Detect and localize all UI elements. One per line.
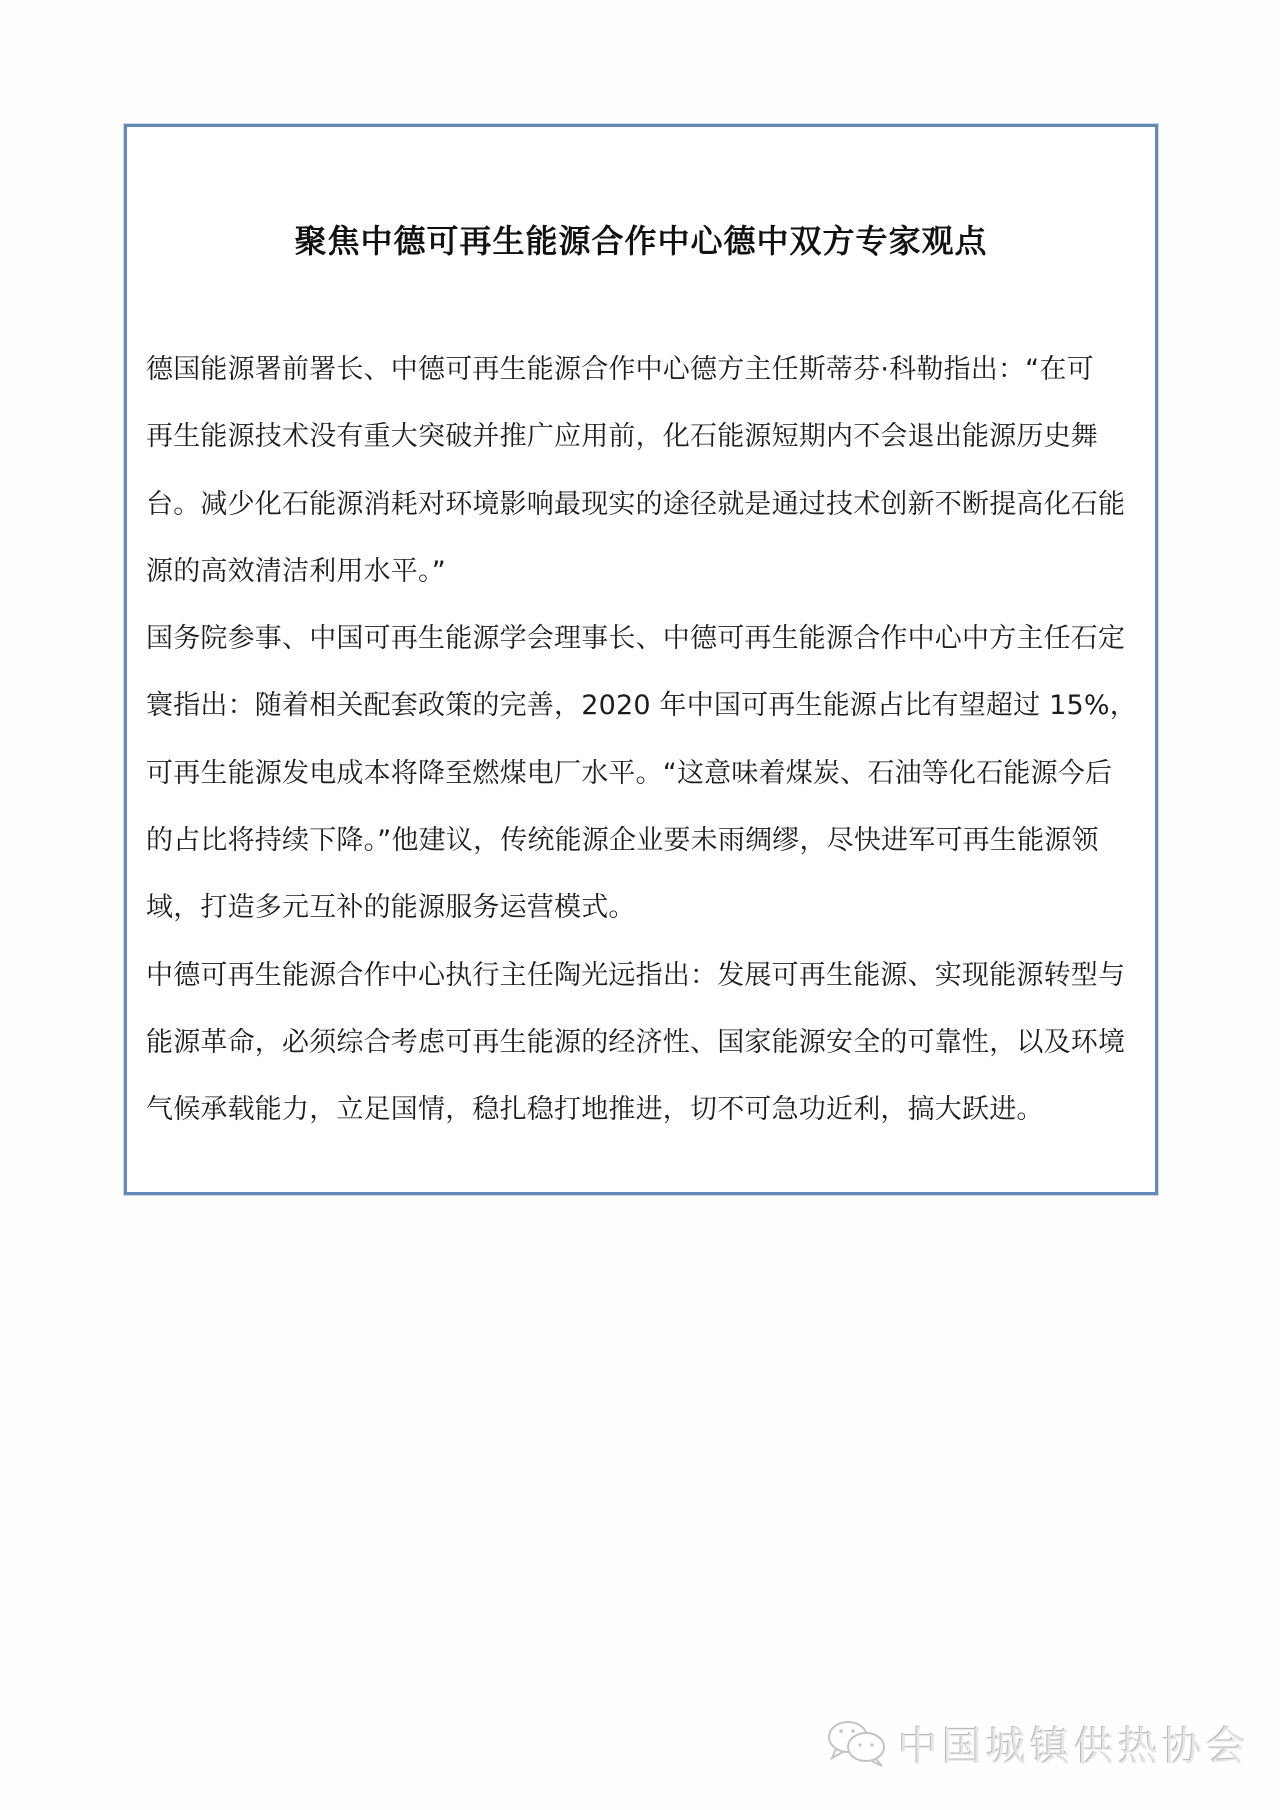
paragraph-keller: 德国能源署前署长、中德可再生能源合作中心德方主任斯蒂芬·科勒指出：“在可 再生能…	[146, 350, 1142, 619]
text-line: 德国能源署前署长、中德可再生能源合作中心德方主任斯蒂芬·科勒指出：“在可	[146, 350, 1142, 417]
text-line: 台。减少化石能源消耗对环境影响最现实的途径就是通过技术创新不断提高化石能	[146, 485, 1142, 552]
text-line: 寰指出：随着相关配套政策的完善，2020 年中国可再生能源占比有望超过 15%，	[146, 686, 1142, 753]
wechat-icon	[826, 1717, 890, 1769]
paragraph-tao-guangyuan: 中德可再生能源合作中心执行主任陶光远指出：发展可再生能源、实现能源转型与 能源革…	[146, 956, 1142, 1158]
text-line: 能源革命，必须综合考虑可再生能源的经济性、国家能源安全的可靠性，以及环境	[146, 1023, 1142, 1090]
document-body: 德国能源署前署长、中德可再生能源合作中心德方主任斯蒂芬·科勒指出：“在可 再生能…	[146, 350, 1142, 1158]
text-line: 的占比将持续下降。”他建议，传统能源企业要未雨绸缪，尽快进军可再生能源领	[146, 821, 1142, 888]
text-line: 国务院参事、中国可再生能源学会理事长、中德可再生能源合作中心中方主任石定	[146, 619, 1142, 686]
watermark: 中国城镇供热协会	[826, 1715, 1250, 1771]
watermark-text: 中国城镇供热协会	[898, 1715, 1250, 1772]
text-line: 再生能源技术没有重大突破并推广应用前，化石能源短期内不会退出能源历史舞	[146, 417, 1142, 484]
text-line: 源的高效清洁利用水平。”	[146, 552, 1142, 619]
text-line: 域，打造多元互补的能源服务运营模式。	[146, 888, 1142, 955]
document-title: 聚焦中德可再生能源合作中心德中双方专家观点	[127, 221, 1155, 261]
paragraph-shi-dinghuan: 国务院参事、中国可再生能源学会理事长、中德可再生能源合作中心中方主任石定 寰指出…	[146, 619, 1142, 955]
content-frame: 聚焦中德可再生能源合作中心德中双方专家观点 德国能源署前署长、中德可再生能源合作…	[124, 124, 1158, 1195]
text-line: 可再生能源发电成本将降至燃煤电厂水平。“这意味着煤炭、石油等化石能源今后	[146, 754, 1142, 821]
text-line: 中德可再生能源合作中心执行主任陶光远指出：发展可再生能源、实现能源转型与	[146, 956, 1142, 1023]
text-line: 气候承载能力，立足国情，稳扎稳打地推进，切不可急功近利，搞大跃进。	[146, 1090, 1142, 1157]
document-page: 聚焦中德可再生能源合作中心德中双方专家观点 德国能源署前署长、中德可再生能源合作…	[0, 0, 1280, 1810]
